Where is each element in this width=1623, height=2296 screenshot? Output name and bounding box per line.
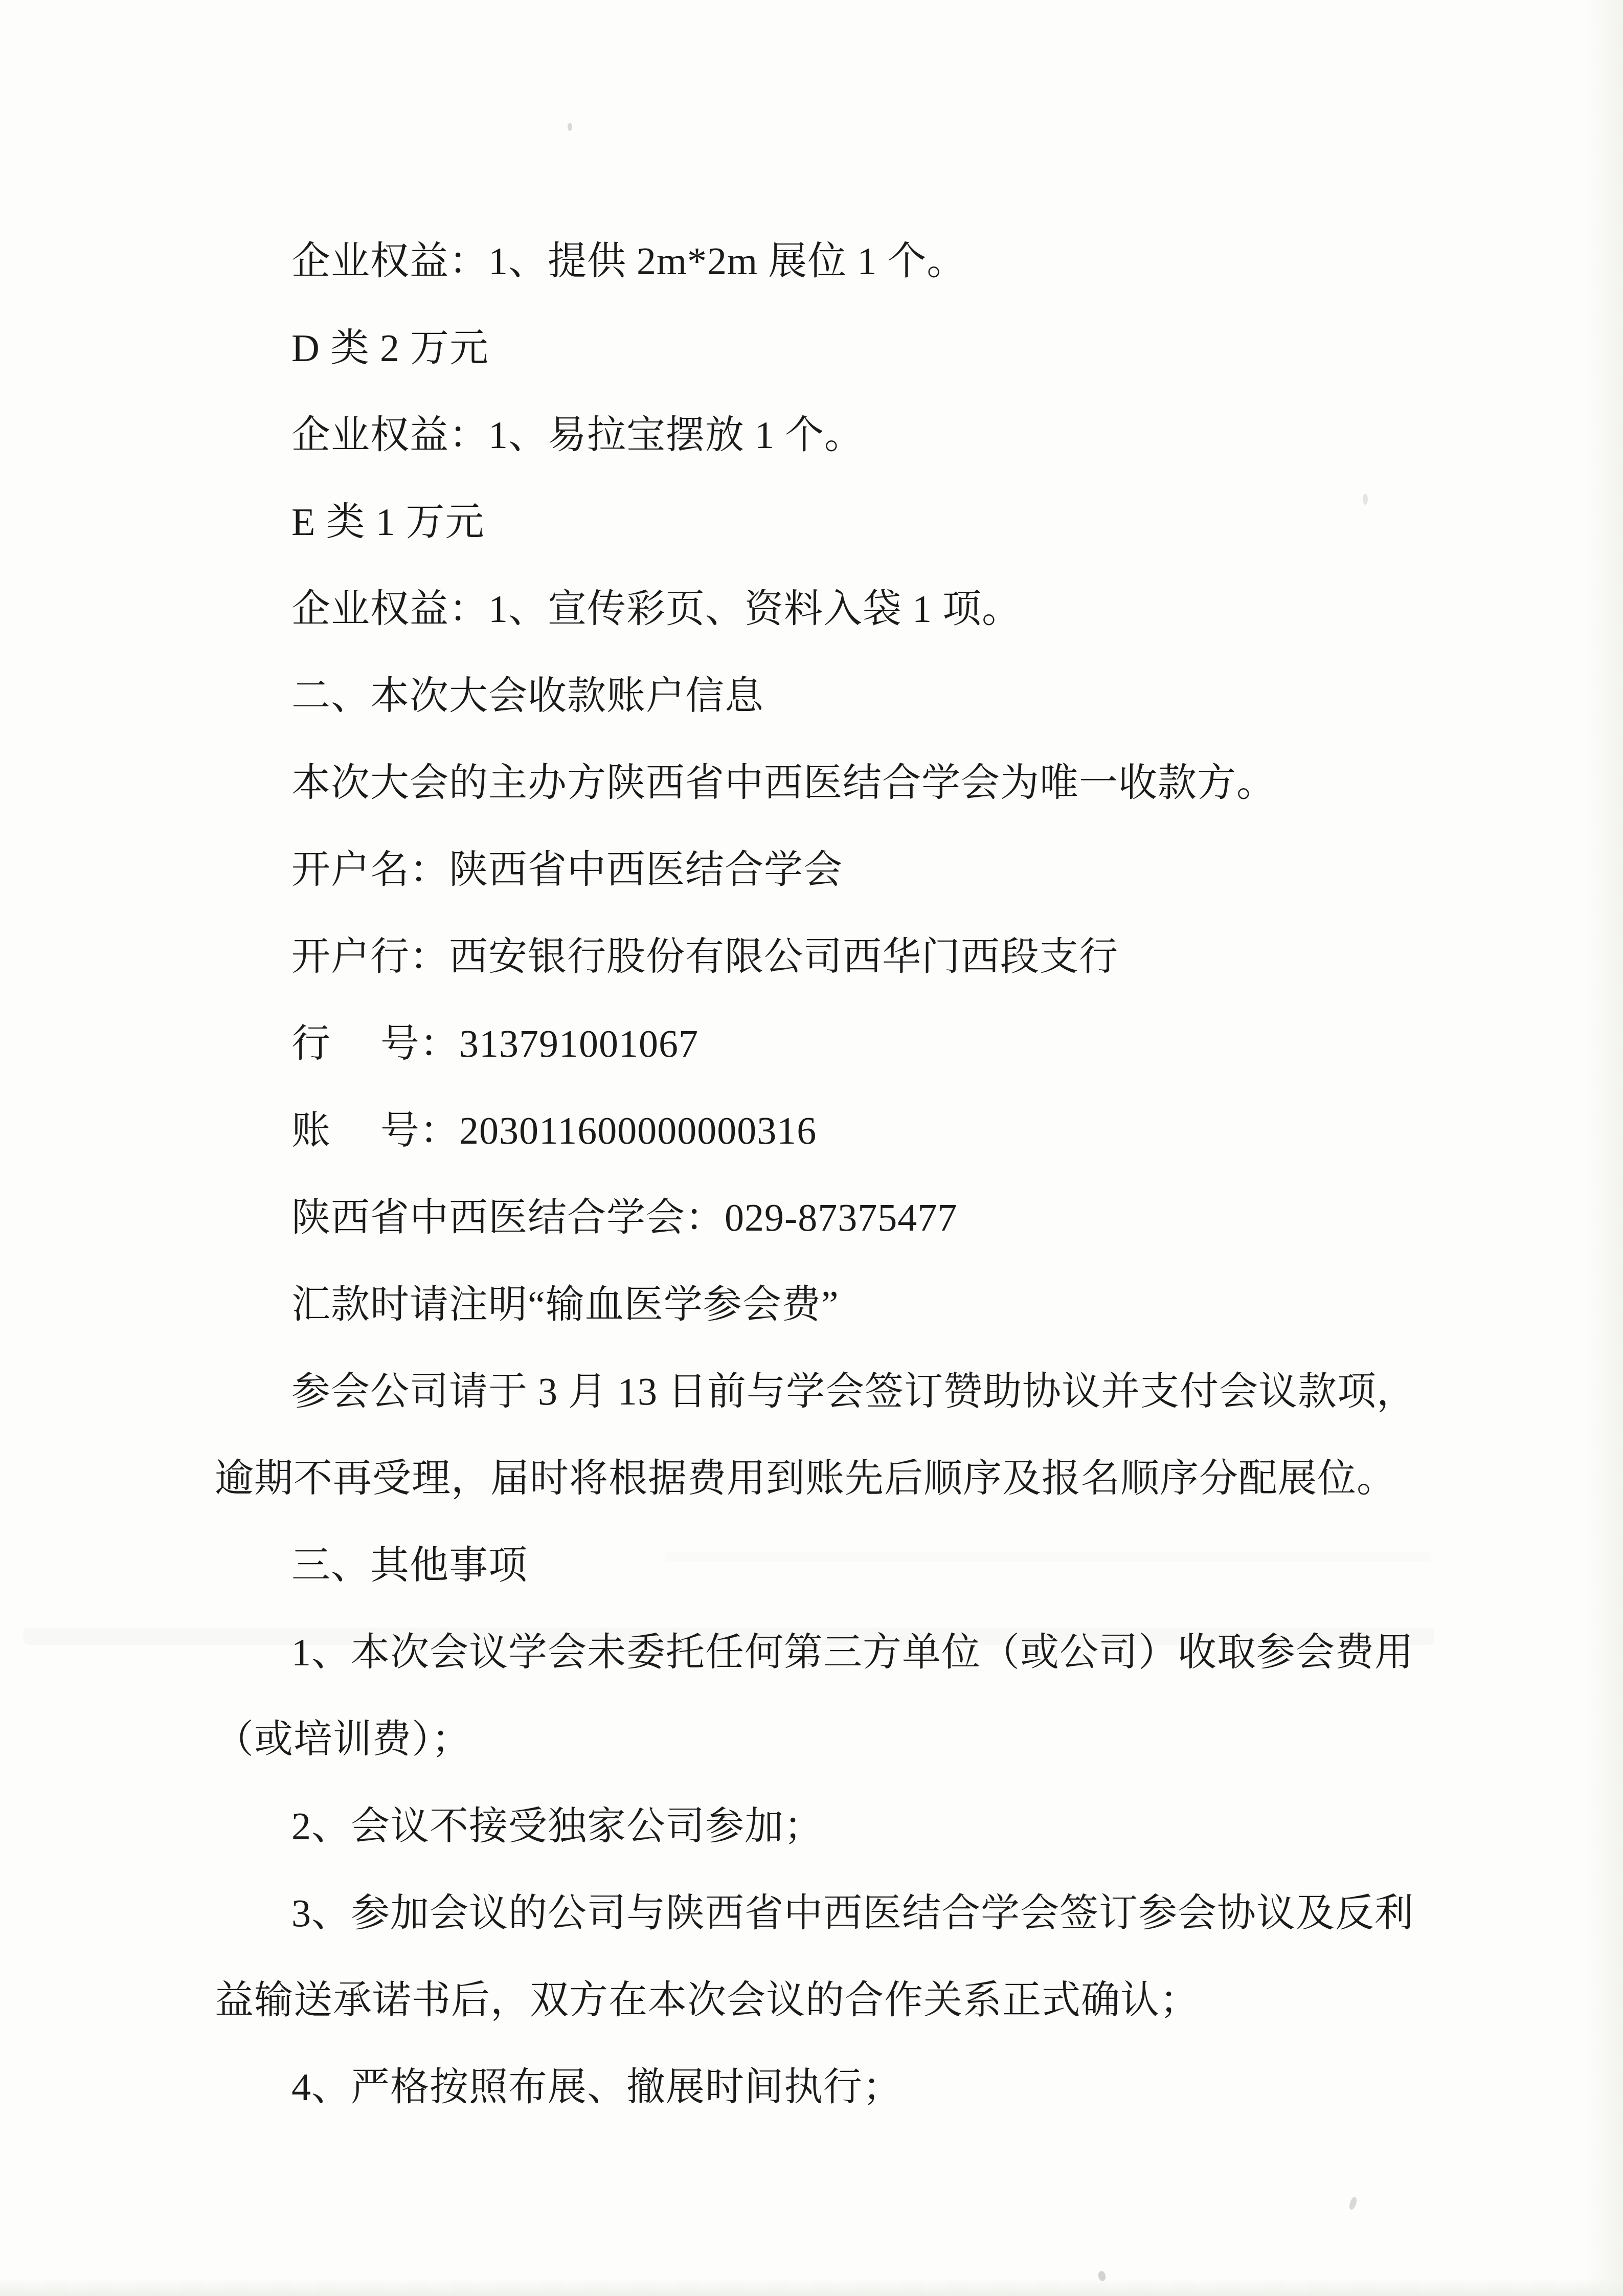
line-item4-schedule: 4、严格按照布展、撤展时间执行； [215, 2044, 1562, 2131]
line-item1-continued: （或培训费）； [215, 1696, 1562, 1783]
line-bank-branch: 开户行：西安银行股份有限公司西华门西段支行 [215, 913, 1562, 1000]
line-class-e-benefit: 企业权益：1、宣传彩页、资料入袋 1 项。 [215, 566, 1562, 653]
scan-smudge-streak [23, 1628, 1434, 1645]
scan-smudge-streak [665, 1552, 1432, 1562]
document-body-text: 企业权益：1、提供 2m*2m 展位 1 个。 D 类 2 万元 企业权益：1、… [215, 218, 1562, 2131]
line-class-e-price: E 类 1 万元 [215, 479, 1562, 566]
line-item3-agreement-part2: 益输送承诺书后，双方在本次会议的合作关系正式确认； [215, 1957, 1562, 2044]
line-bank-number: 行 号：313791001067 [215, 1000, 1562, 1087]
scan-speck [1348, 2196, 1358, 2211]
line-remittance-note: 汇款时请注明“输血医学参会费” [215, 1261, 1562, 1348]
line-item3-agreement-part1: 3、参加会议的公司与陕西省中西医结合学会签订参会协议及反利 [215, 1870, 1562, 1957]
line-class-d-benefit: 企业权益：1、易拉宝摆放 1 个。 [215, 392, 1562, 479]
scanned-document-page: 企业权益：1、提供 2m*2m 展位 1 个。 D 类 2 万元 企业权益：1、… [0, 0, 1623, 2296]
line-account-name: 开户名：陕西省中西医结合学会 [215, 827, 1562, 913]
line-sole-payee: 本次大会的主办方陕西省中西医结合学会为唯一收款方。 [215, 740, 1562, 827]
scan-edge-shadow-bottom [0, 2279, 1623, 2296]
line-sign-deadline-part1: 参会公司请于 3 月 13 日前与学会签订赞助协议并支付会议款项， [215, 1348, 1562, 1435]
line-account-number: 账 号：203011600000000316 [215, 1087, 1562, 1174]
line-society-phone: 陕西省中西医结合学会：029-87375477 [215, 1174, 1562, 1261]
line-item1-no-third-party: 1、本次会议学会未委托任何第三方单位（或公司）收取参会费用 [215, 1609, 1562, 1696]
heading-other-matters: 三、其他事项 [215, 1522, 1562, 1609]
scan-edge-shadow-right [1587, 0, 1623, 2296]
line-item2-no-exclusive: 2、会议不接受独家公司参加； [215, 1783, 1562, 1870]
scan-speck [568, 123, 572, 131]
scan-speck [1363, 494, 1368, 505]
line-class-c-benefit: 企业权益：1、提供 2m*2m 展位 1 个。 [215, 218, 1562, 305]
heading-payment-account-info: 二、本次大会收款账户信息 [215, 653, 1562, 740]
line-class-d-price: D 类 2 万元 [215, 305, 1562, 392]
line-sign-deadline-part2: 逾期不再受理，届时将根据费用到账先后顺序及报名顺序分配展位。 [215, 1435, 1562, 1522]
